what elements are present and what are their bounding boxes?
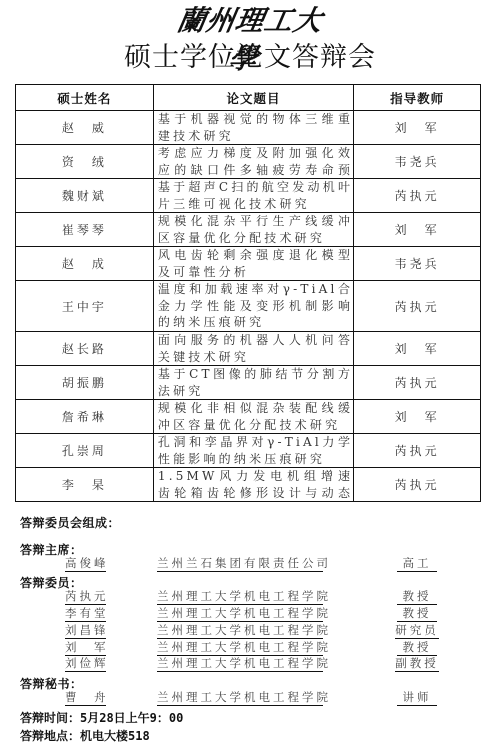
committee-heading: 答辩委员会组成： bbox=[20, 514, 120, 531]
table-row: 魏财斌 基于超声C扫的航空发动机叶片三维可视化技术研究 芮执元 bbox=[16, 179, 481, 213]
table-row: 胡振鹏 基于CT图像的肺结节分割方法研究 芮执元 bbox=[16, 366, 481, 400]
advisor-name: 韦尧兵 bbox=[354, 145, 481, 179]
thesis-topic: 基于超声C扫的航空发动机叶片三维可视化技术研究 bbox=[153, 179, 353, 213]
defense-location: 答辩地点：机电大楼518 bbox=[20, 727, 150, 744]
column-header-topic: 论文题目 bbox=[153, 85, 353, 111]
member-organization: 兰州理工大学机电工程学院 bbox=[157, 606, 323, 622]
table-header-row: 硕士姓名 论文题目 指导教师 bbox=[16, 85, 481, 111]
thesis-topic: 温度和加载速率对γ-TiAl合金力学性能及变形机制影响的纳米压痕研究 bbox=[153, 281, 353, 332]
thesis-topic: 基于CT图像的肺结节分割方法研究 bbox=[153, 366, 353, 400]
committee-member-row: 刘昌锋 兰州理工大学机电工程学院 研究员 bbox=[0, 623, 500, 640]
defense-time: 答辩时间：5月28日上午9：00 bbox=[20, 709, 183, 726]
student-name: 魏财斌 bbox=[16, 179, 154, 213]
student-name: 赵 威 bbox=[16, 111, 154, 145]
member-name: 刘俭辉 bbox=[65, 656, 106, 672]
thesis-topic: 风电齿轮剩余强度退化模型及可靠性分析 bbox=[153, 247, 353, 281]
member-title: 教授 bbox=[397, 606, 437, 622]
member-name: 刘 军 bbox=[65, 640, 106, 656]
student-name: 资 绒 bbox=[16, 145, 154, 179]
committee-chair-row: 高俊峰 兰州兰石集团有限责任公司 高工 bbox=[0, 556, 500, 573]
member-organization: 兰州理工大学机电工程学院 bbox=[157, 589, 323, 605]
thesis-topic: 规模化非相似混杂装配线缓冲区容量优化分配技术研究 bbox=[153, 400, 353, 434]
student-name: 胡振鹏 bbox=[16, 366, 154, 400]
advisor-name: 刘 军 bbox=[354, 332, 481, 366]
member-title: 高工 bbox=[397, 556, 437, 572]
column-header-student: 硕士姓名 bbox=[16, 85, 154, 111]
advisor-name: 芮执元 bbox=[354, 468, 481, 502]
committee-secretary-row: 曹 舟 兰州理工大学机电工程学院 讲师 bbox=[0, 690, 500, 707]
table-row: 赵 威 基于机器视觉的物体三维重建技术研究 刘 军 bbox=[16, 111, 481, 145]
student-name: 李 杲 bbox=[16, 468, 154, 502]
member-title: 教授 bbox=[397, 589, 437, 605]
table-row: 崔琴琴 规模化混杂平行生产线缓冲区容量优化分配技术研究 刘 军 bbox=[16, 213, 481, 247]
member-organization: 兰州理工大学机电工程学院 bbox=[157, 656, 323, 672]
thesis-topic: 考虑应力梯度及附加强化效应的缺口件多轴疲劳寿命预测方 bbox=[153, 145, 353, 179]
committee-member-row: 李有堂 兰州理工大学机电工程学院 教授 bbox=[0, 606, 500, 623]
advisor-name: 刘 军 bbox=[354, 111, 481, 145]
member-name: 刘昌锋 bbox=[65, 623, 106, 639]
column-header-advisor: 指导教师 bbox=[354, 85, 481, 111]
student-name: 孔崇周 bbox=[16, 434, 154, 468]
page-title: 硕士学位论文答辩会 bbox=[0, 41, 500, 75]
advisor-name: 韦尧兵 bbox=[354, 247, 481, 281]
university-logo: 蘭州理工大學 bbox=[167, 2, 334, 40]
table-row: 资 绒 考虑应力梯度及附加强化效应的缺口件多轴疲劳寿命预测方 韦尧兵 bbox=[16, 145, 481, 179]
member-title: 教授 bbox=[397, 640, 437, 656]
thesis-topic: 1.5MW风力发电机组增速齿轮箱齿轮修形设计与动态性能分析 bbox=[153, 468, 353, 502]
advisor-name: 刘 军 bbox=[354, 213, 481, 247]
thesis-topic: 基于机器视觉的物体三维重建技术研究 bbox=[153, 111, 353, 145]
member-title: 副教授 bbox=[395, 656, 439, 672]
table-row: 詹希琳 规模化非相似混杂装配线缓冲区容量优化分配技术研究 刘 军 bbox=[16, 400, 481, 434]
student-name: 王中宇 bbox=[16, 281, 154, 332]
advisor-name: 刘 军 bbox=[354, 400, 481, 434]
member-title: 研究员 bbox=[395, 623, 439, 639]
table-row: 孔崇周 孔洞和孪晶界对γ-TiAl力学性能影响的纳米压痕研究 芮执元 bbox=[16, 434, 481, 468]
student-name: 崔琴琴 bbox=[16, 213, 154, 247]
student-name: 詹希琳 bbox=[16, 400, 154, 434]
student-name: 赵长路 bbox=[16, 332, 154, 366]
member-organization: 兰州理工大学机电工程学院 bbox=[157, 690, 323, 706]
member-organization: 兰州理工大学机电工程学院 bbox=[157, 640, 323, 656]
advisor-name: 芮执元 bbox=[354, 434, 481, 468]
advisor-name: 芮执元 bbox=[354, 281, 481, 332]
advisor-name: 芮执元 bbox=[354, 179, 481, 213]
student-name: 赵 成 bbox=[16, 247, 154, 281]
thesis-topic: 规模化混杂平行生产线缓冲区容量优化分配技术研究 bbox=[153, 213, 353, 247]
member-name: 李有堂 bbox=[65, 606, 106, 622]
committee-member-row: 芮执元 兰州理工大学机电工程学院 教授 bbox=[0, 589, 500, 606]
committee-member-row: 刘俭辉 兰州理工大学机电工程学院 副教授 bbox=[0, 656, 500, 673]
table-row: 赵长路 面向服务的机器人人机问答关键技术研究 刘 军 bbox=[16, 332, 481, 366]
table-row: 李 杲 1.5MW风力发电机组增速齿轮箱齿轮修形设计与动态性能分析 芮执元 bbox=[16, 468, 481, 502]
advisor-name: 芮执元 bbox=[354, 366, 481, 400]
thesis-topic: 孔洞和孪晶界对γ-TiAl力学性能影响的纳米压痕研究 bbox=[153, 434, 353, 468]
member-title: 讲师 bbox=[397, 690, 437, 706]
member-name: 高俊峰 bbox=[65, 556, 106, 572]
member-organization: 兰州兰石集团有限责任公司 bbox=[157, 556, 323, 572]
thesis-table: 硕士姓名 论文题目 指导教师 赵 威 基于机器视觉的物体三维重建技术研究 刘 军… bbox=[15, 84, 481, 502]
member-organization: 兰州理工大学机电工程学院 bbox=[157, 623, 323, 639]
table-row: 王中宇 温度和加载速率对γ-TiAl合金力学性能及变形机制影响的纳米压痕研究 芮… bbox=[16, 281, 481, 332]
member-name: 曹 舟 bbox=[65, 690, 106, 706]
thesis-topic: 面向服务的机器人人机问答关键技术研究 bbox=[153, 332, 353, 366]
committee-member-row: 刘 军 兰州理工大学机电工程学院 教授 bbox=[0, 640, 500, 657]
member-name: 芮执元 bbox=[65, 589, 106, 605]
table-row: 赵 成 风电齿轮剩余强度退化模型及可靠性分析 韦尧兵 bbox=[16, 247, 481, 281]
